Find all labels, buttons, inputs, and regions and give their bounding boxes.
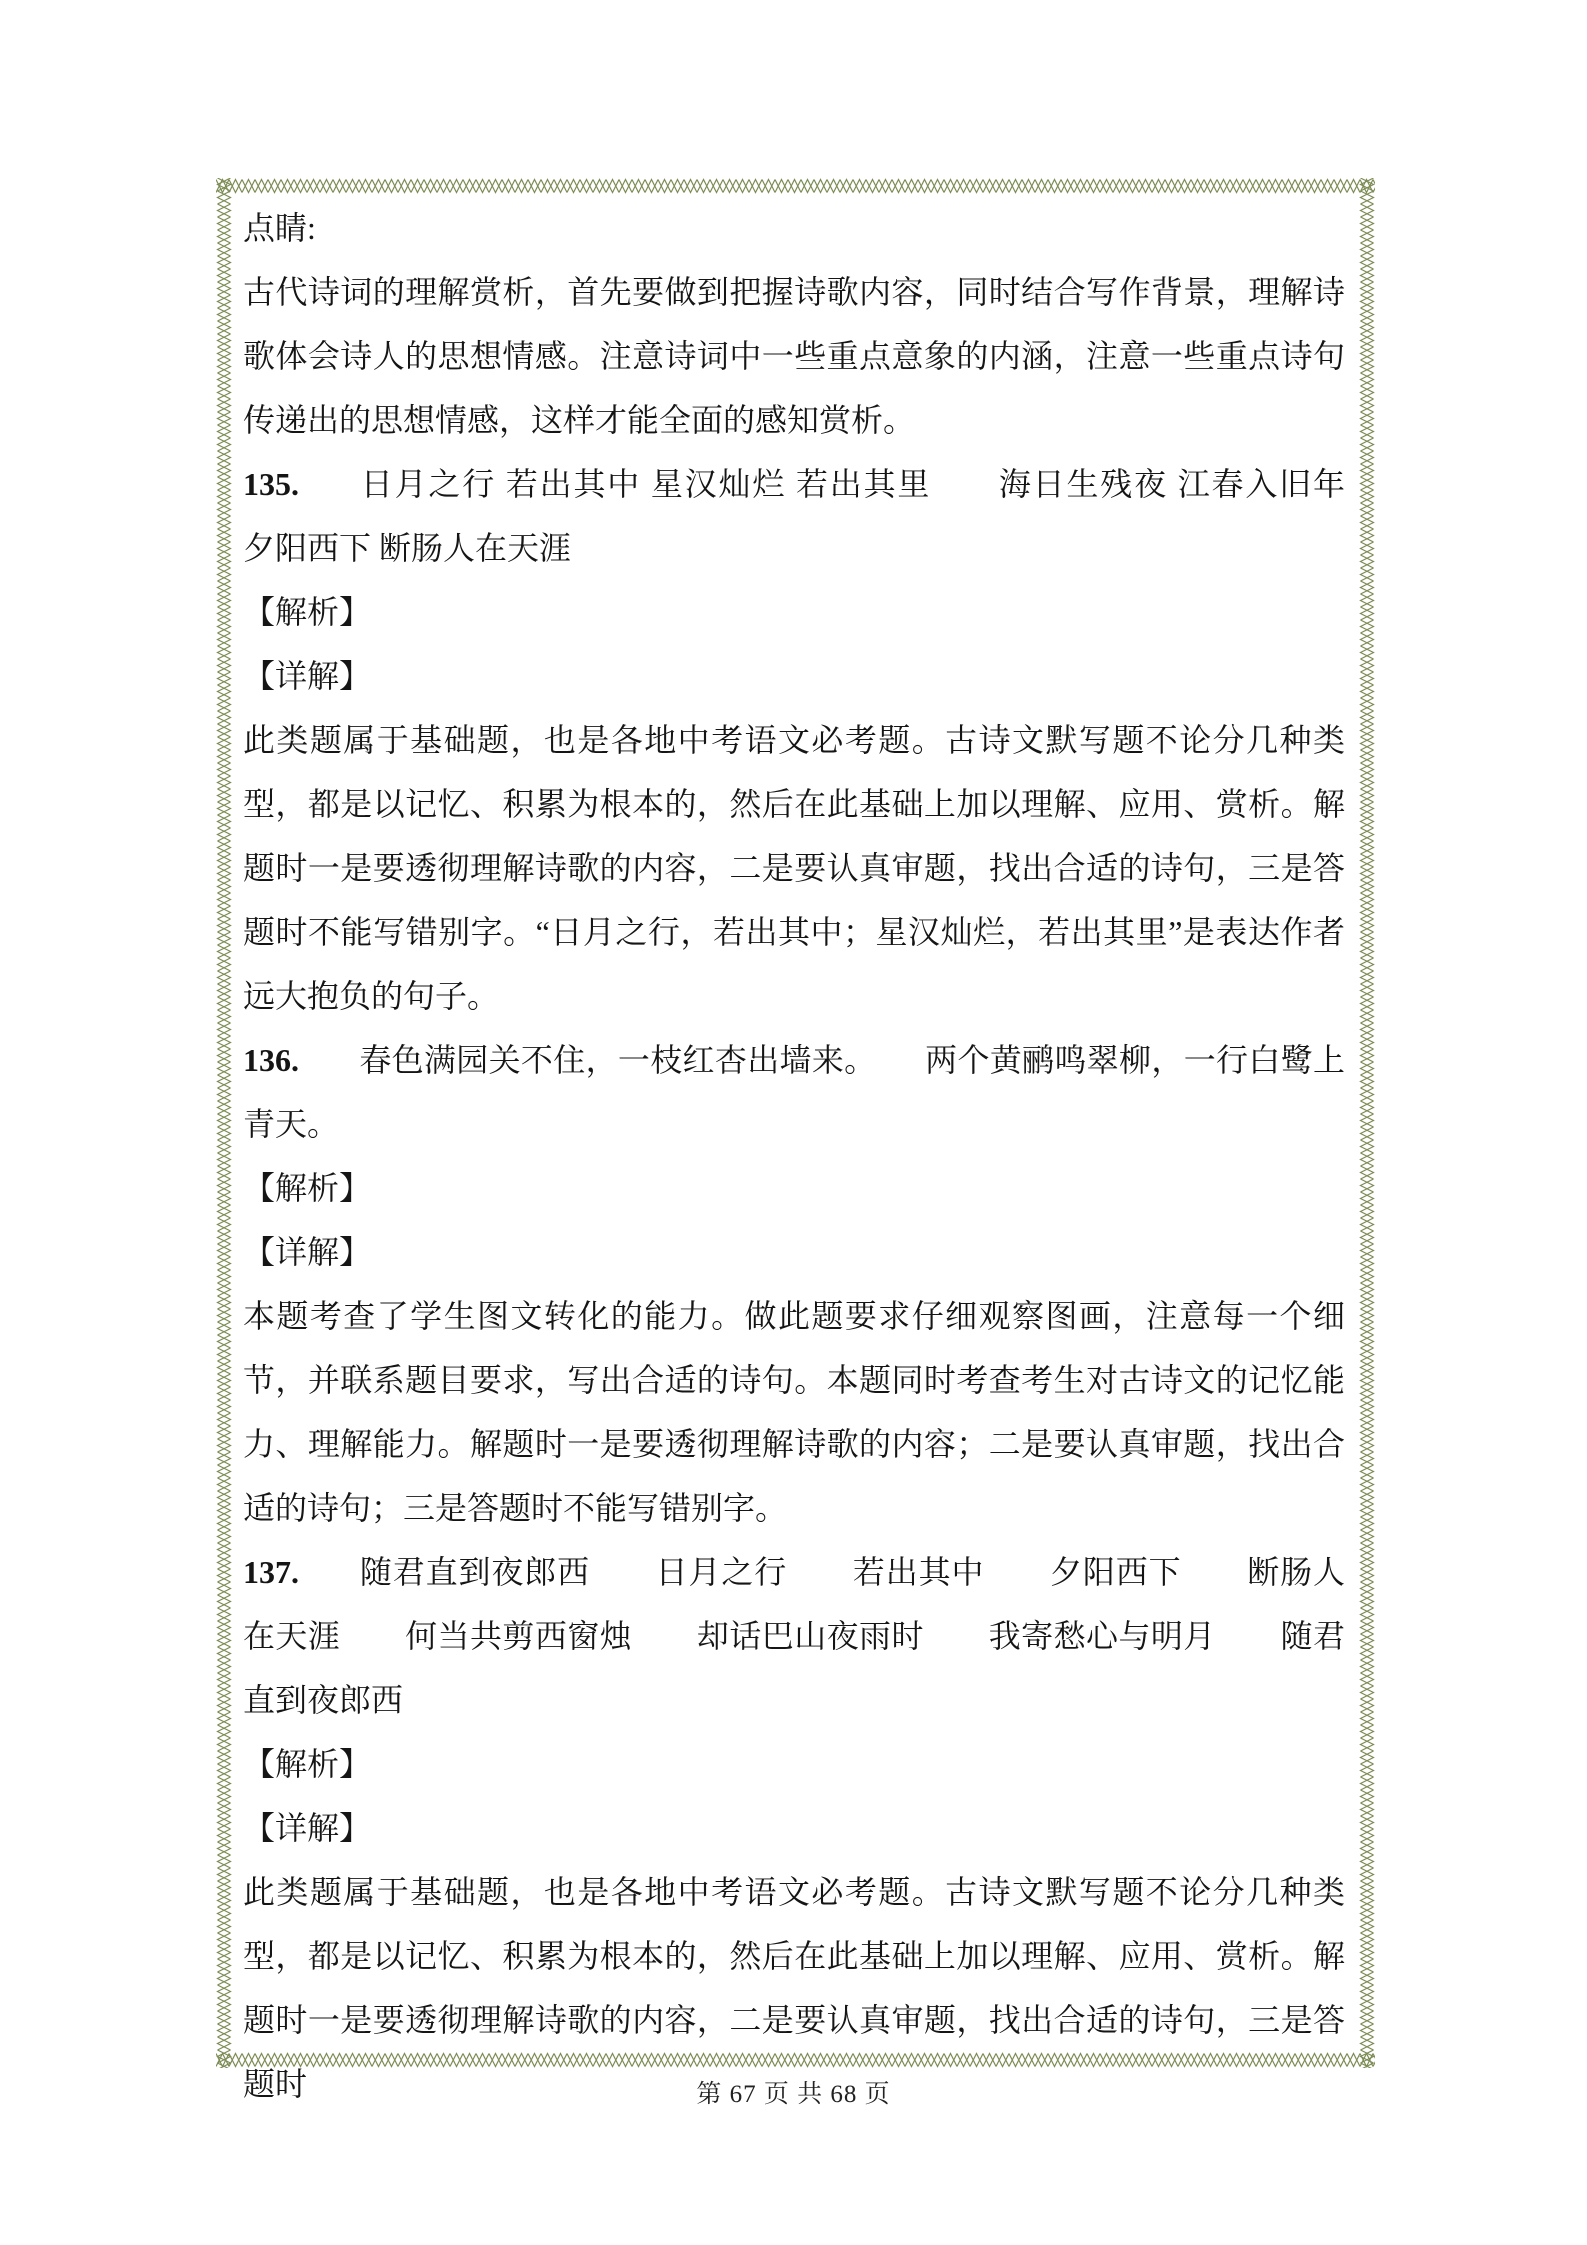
page-footer: 第 67 页 共 68 页 <box>0 2074 1587 2110</box>
question-number-135: 135. <box>243 466 299 502</box>
question-item-135: 135.日月之行 若出其中 星汉灿烂 若出其里 海日生残夜 江春入旧年 夕阳西下… <box>243 452 1345 580</box>
answer-text-136: 春色满园关不住，一枝红杏出墙来。 两个黄鹂鸣翠柳，一行白鹭上青天。 <box>243 1042 1345 1142</box>
border-top-zigzag <box>216 178 1375 194</box>
analysis-label: 【解析】 <box>243 1156 1345 1220</box>
detail-label: 【详解】 <box>243 1796 1345 1860</box>
question-item-137: 137.随君直到夜郎西 日月之行 若出其中 夕阳西下 断肠人在天涯 何当共剪西窗… <box>243 1540 1345 1732</box>
question-number-137: 137. <box>243 1554 299 1590</box>
analysis-label: 【解析】 <box>243 580 1345 644</box>
page: { "colors": { "border": "#7d8c55" }, "pa… <box>0 0 1587 2245</box>
answer-text-135: 日月之行 若出其中 星汉灿烂 若出其里 海日生残夜 江春入旧年 夕阳西下 断肠人… <box>243 466 1409 566</box>
detail-label: 【详解】 <box>243 644 1345 708</box>
paragraph-explanation-135: 此类题属于基础题，也是各地中考语文必考题。古诗文默写题不论分几种类型，都是以记忆… <box>243 708 1345 1028</box>
dianjing-heading: 点睛: <box>243 196 1345 260</box>
answer-text-137: 随君直到夜郎西 日月之行 若出其中 夕阳西下 断肠人在天涯 何当共剪西窗烛 却话… <box>243 1554 1345 1718</box>
document-content: 点睛: 古代诗词的理解赏析，首先要做到把握诗歌内容，同时结合写作背景，理解诗歌体… <box>243 196 1345 2116</box>
question-item-136: 136.春色满园关不住，一枝红杏出墙来。 两个黄鹂鸣翠柳，一行白鹭上青天。 <box>243 1028 1345 1156</box>
detail-label: 【详解】 <box>243 1220 1345 1284</box>
paragraph-appreciation-note: 古代诗词的理解赏析，首先要做到把握诗歌内容，同时结合写作背景，理解诗歌体会诗人的… <box>243 260 1345 452</box>
question-number-136: 136. <box>243 1042 299 1078</box>
border-right-zigzag <box>1359 178 1375 2068</box>
border-left-zigzag <box>216 178 232 2068</box>
paragraph-explanation-136: 本题考查了学生图文转化的能力。做此题要求仔细观察图画，注意每一个细节，并联系题目… <box>243 1284 1345 1540</box>
analysis-label: 【解析】 <box>243 1732 1345 1796</box>
